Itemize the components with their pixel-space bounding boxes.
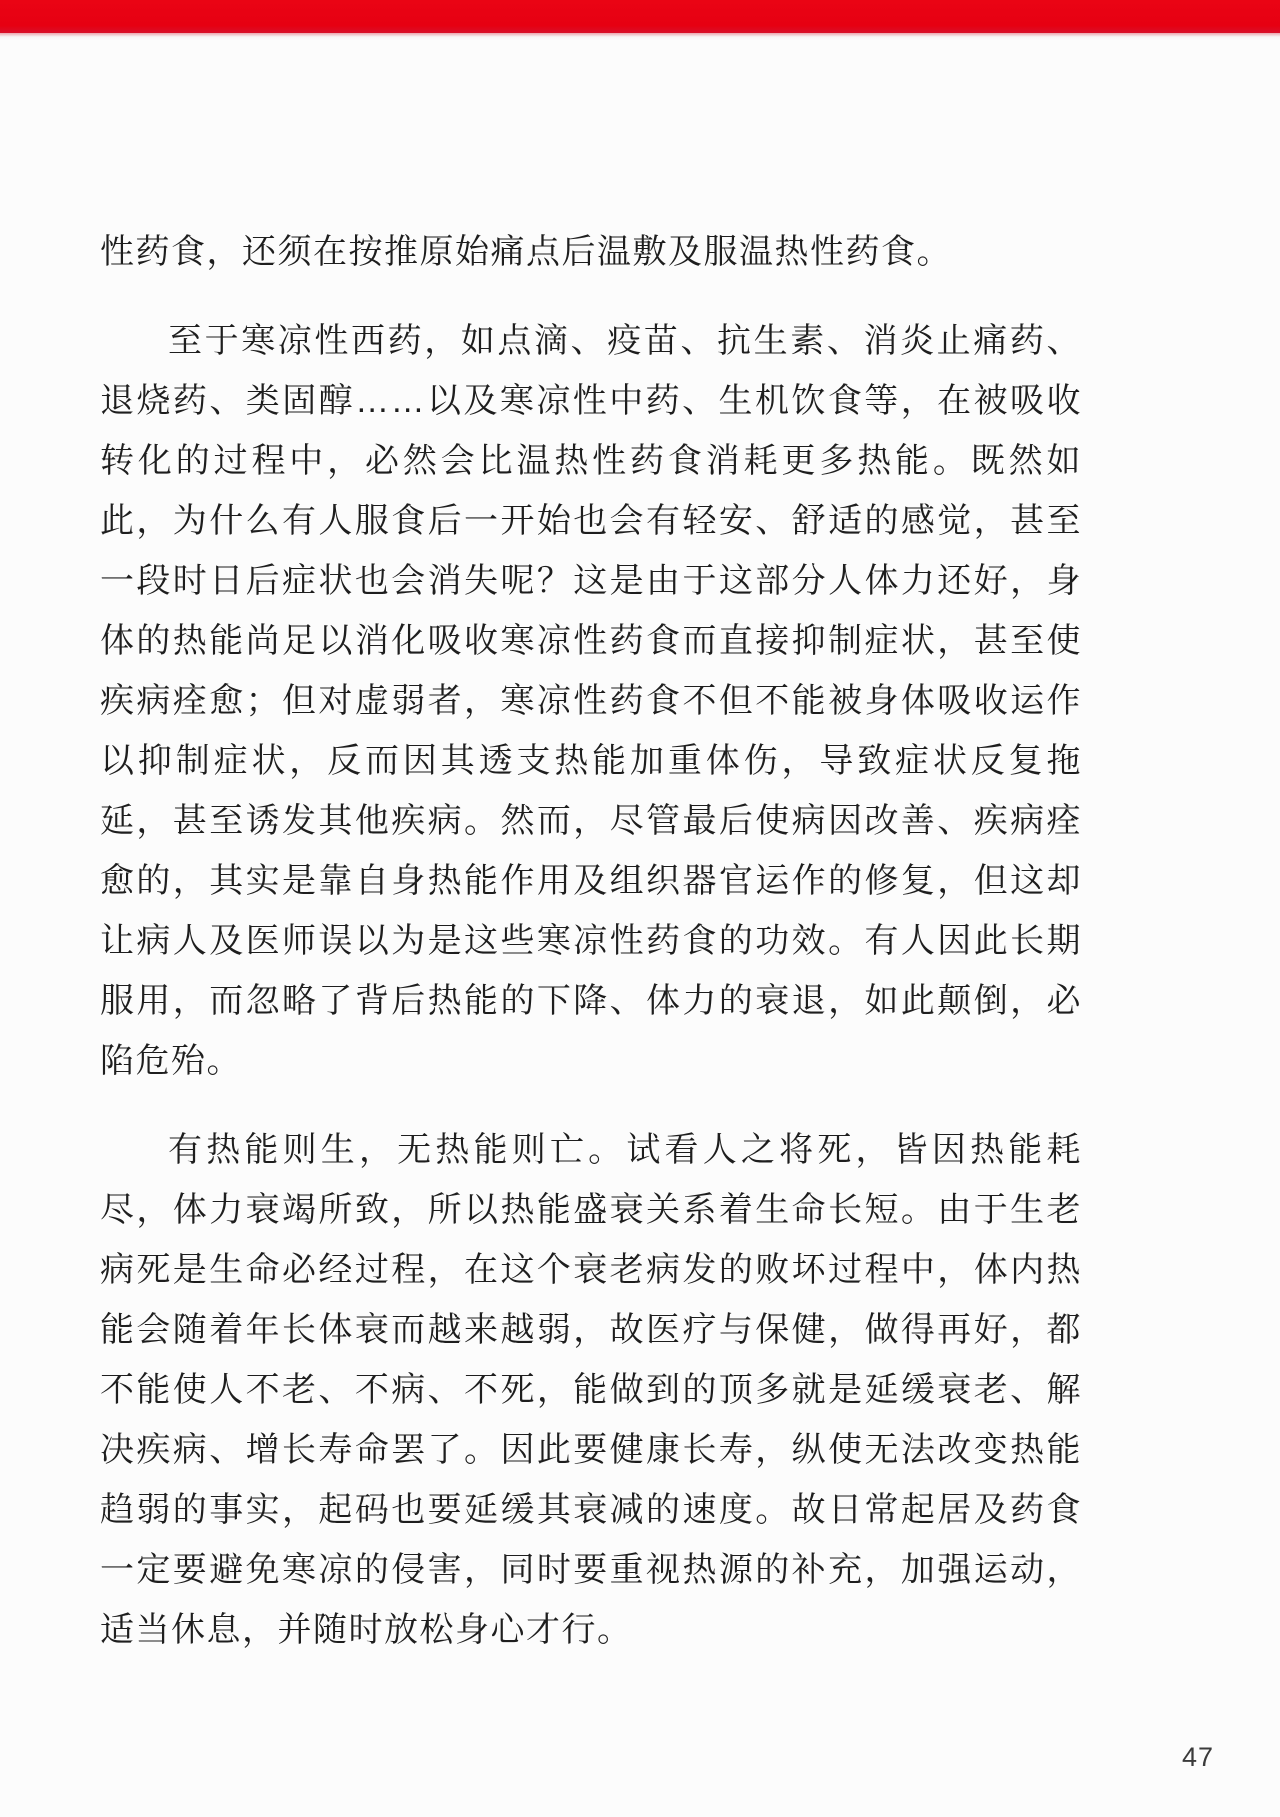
page-number: 47 xyxy=(1182,1742,1214,1773)
top-accent-bar-fade xyxy=(0,33,1280,40)
book-page: 性药食，还须在按推原始痛点后温敷及服温热性药食。 至于寒凉性西药，如点滴、疫苗、… xyxy=(0,0,1280,1817)
body-paragraph-continuation: 性药食，还须在按推原始痛点后温敷及服温热性药食。 xyxy=(100,222,1082,282)
body-paragraph: 有热能则生，无热能则亡。试看人之将死，皆因热能耗尽，体力衰竭所致，所以热能盛衰关… xyxy=(100,1120,1082,1660)
body-paragraph: 至于寒凉性西药，如点滴、疫苗、抗生素、消炎止痛药、退烧药、类固醇……以及寒凉性中… xyxy=(100,311,1082,1091)
body-text-block: 性药食，还须在按推原始痛点后温敷及服温热性药食。 至于寒凉性西药，如点滴、疫苗、… xyxy=(100,222,1082,1689)
top-accent-bar xyxy=(0,0,1280,33)
